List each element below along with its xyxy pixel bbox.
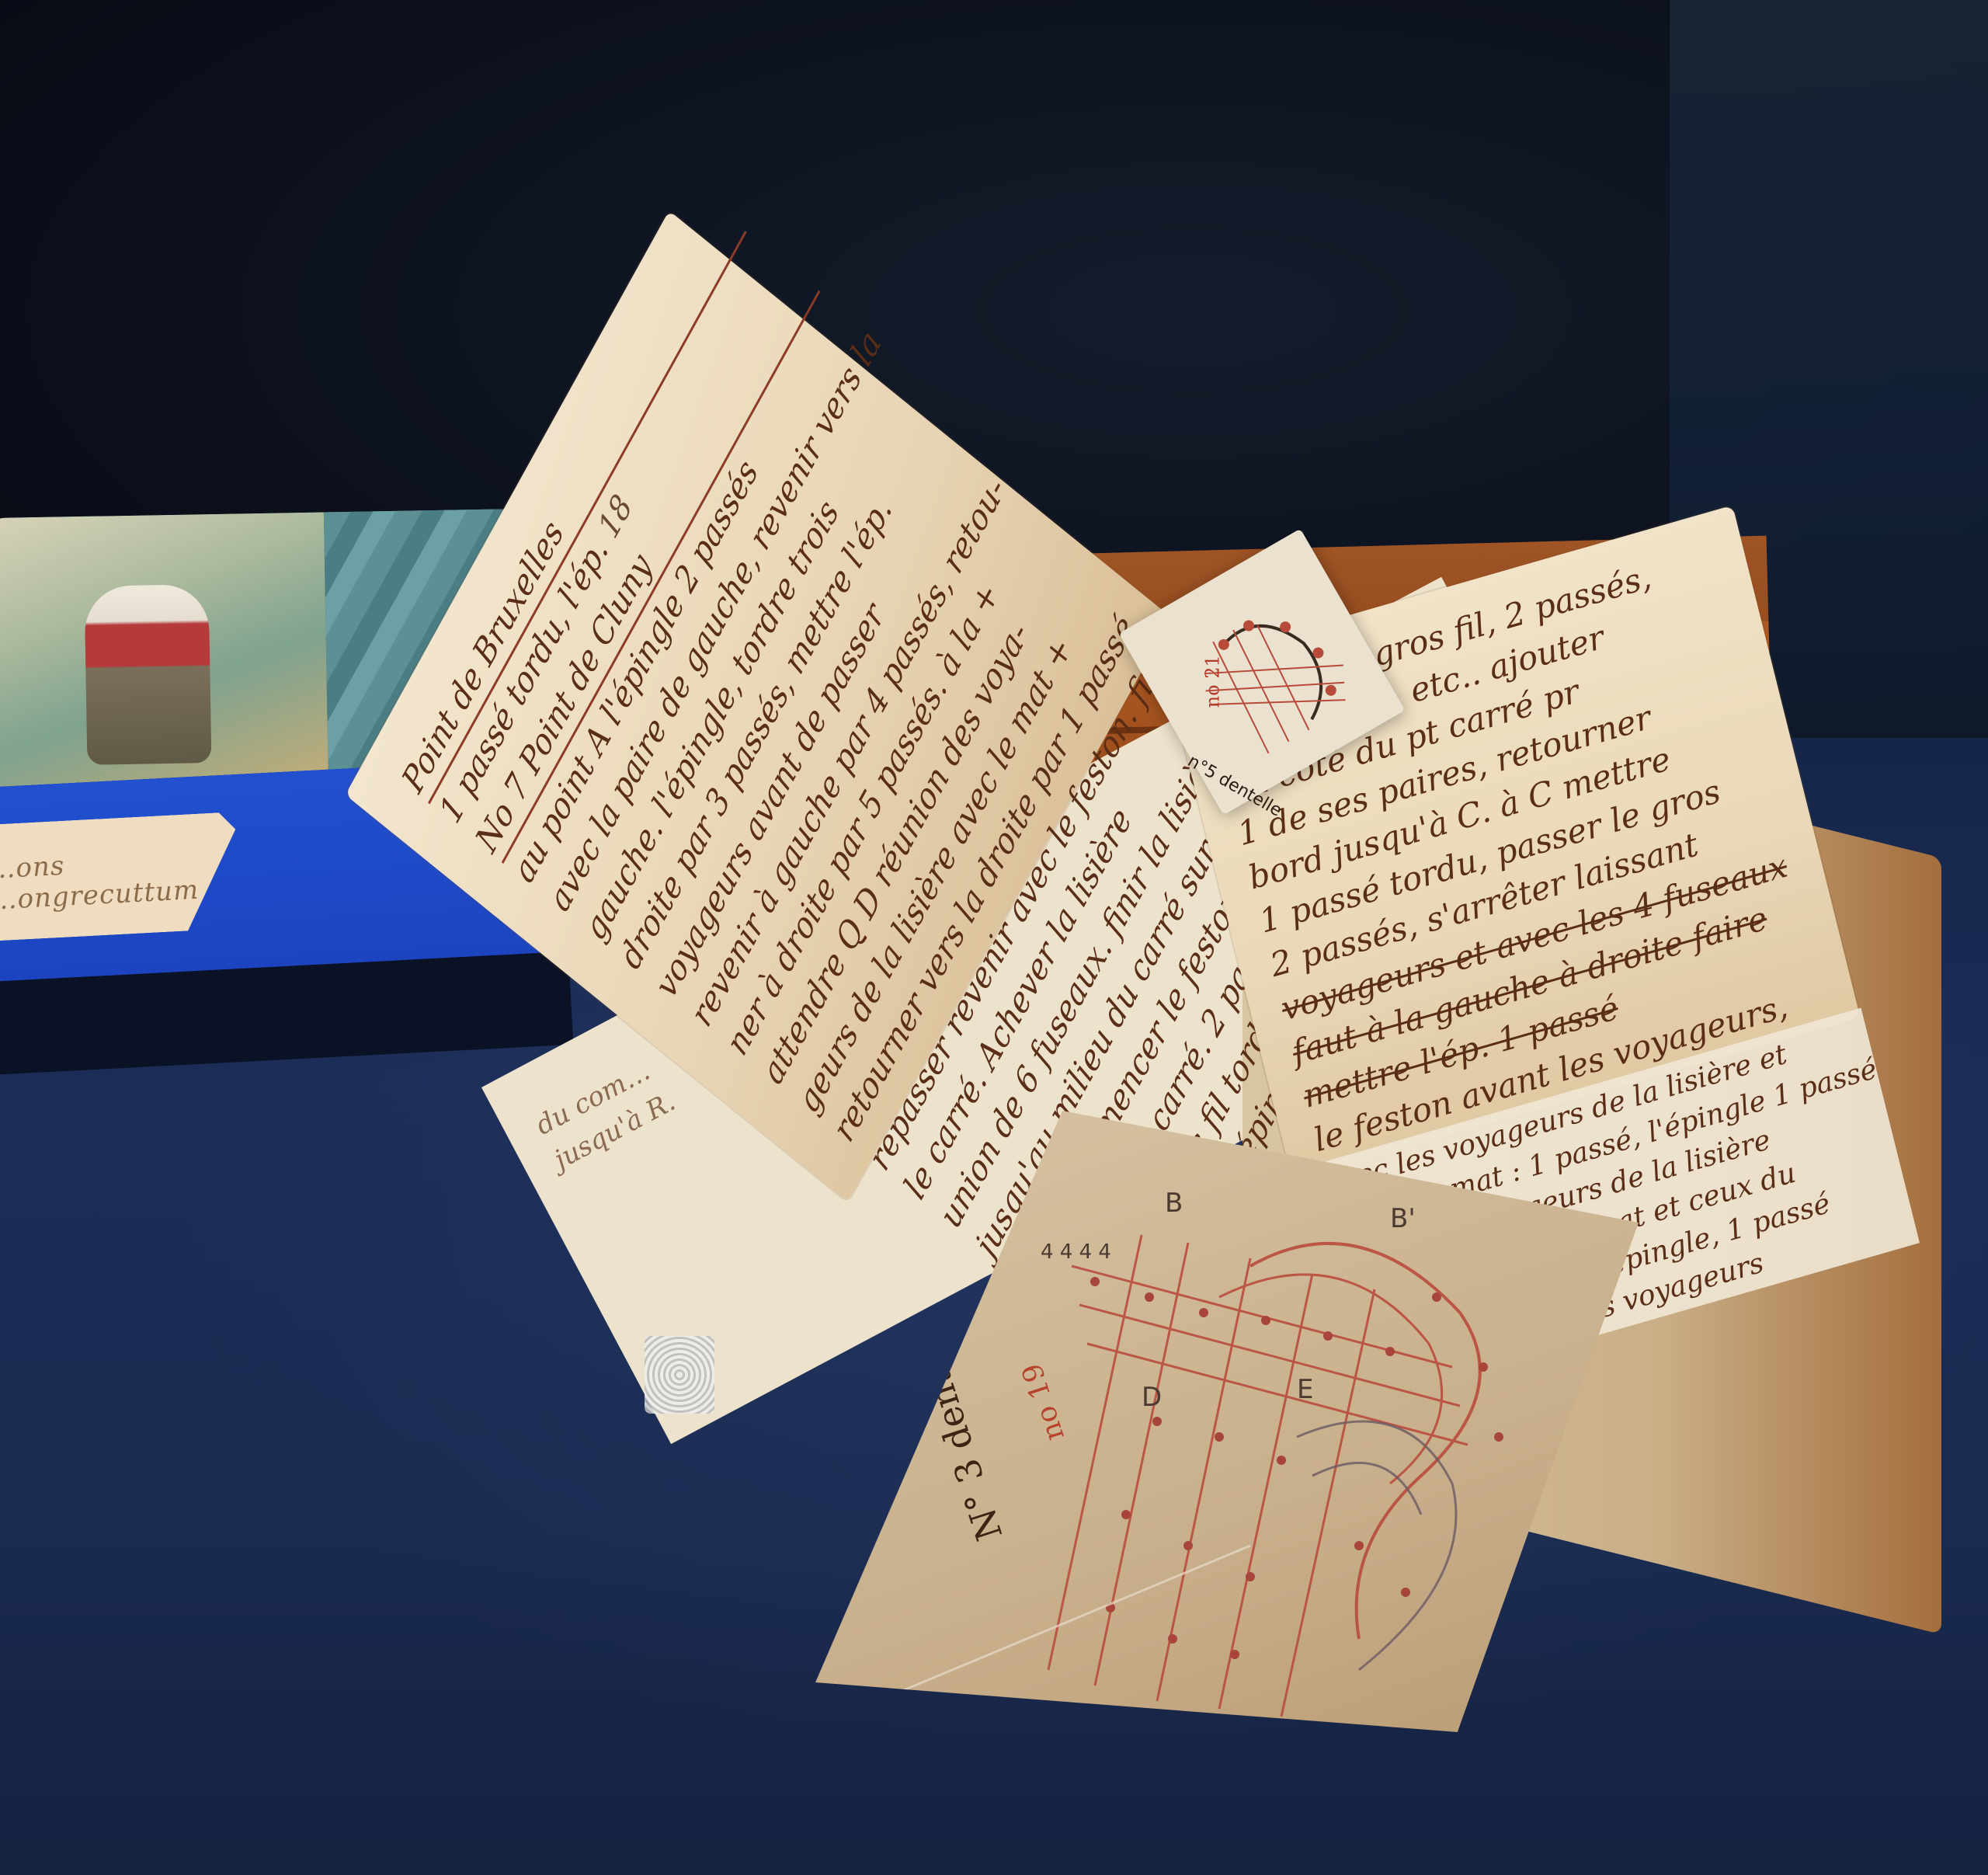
small-card-number: no 21 xyxy=(1202,655,1224,708)
pattern-letter-b: B xyxy=(1165,1188,1183,1219)
pattern-digit: 4 4 4 4 xyxy=(1041,1240,1111,1264)
museum-display-photo: …ons …ongrecuttum du com… jusqu'à R. Poi… xyxy=(0,0,1988,1875)
pattern-letter-b2: B' xyxy=(1390,1203,1416,1234)
lace-sample-scrap xyxy=(645,1336,714,1414)
pattern-letter-a: A xyxy=(901,1343,919,1374)
pattern-letter-d: D xyxy=(1142,1382,1162,1413)
notebook-left-page: Point de Bruxelles 1 passé tordu, l'ép. … xyxy=(346,210,1172,1202)
pattern-letter-e: E xyxy=(1297,1374,1313,1405)
lace-notebook: du com… jusqu'à R. Point de Bruxelles 1 … xyxy=(0,0,1988,1875)
